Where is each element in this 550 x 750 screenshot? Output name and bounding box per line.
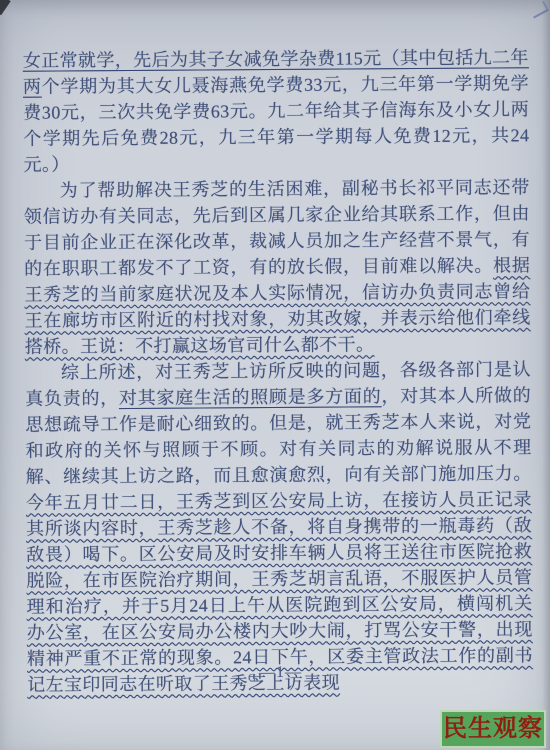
paragraph: 女正常就学，先后为其子女减免学杂费115元（其中包括九二年两个学期为其大女儿聂海… (23, 44, 530, 178)
text-segment: 个学期为其大女儿聂海燕免学费33元，九三年第一学期免学费30元，三次共免学费63… (23, 73, 529, 175)
paragraph: 为了帮助解决王秀芝的生活困难，副秘书长祁平同志还带领信访办有关同志，先后到区属几… (24, 174, 531, 360)
page-number-text: —1— (259, 664, 302, 681)
document-page: 女正常就学，先后为其子女减免学杂费115元（其中包括九二年两个学期为其大女儿聂海… (0, 0, 550, 750)
paragraph: 综上所述，对王秀芝上访所反映的问题，各级各部门是认真负责的，对其家庭生活的照顾是… (25, 356, 533, 698)
scanned-document-photo: 女正常就学，先后为其子女减免学杂费115元（其中包括九二年两个学期为其大女儿聂海… (0, 0, 550, 750)
watermark-text: 民生观察 (443, 717, 543, 741)
scan-corner-blot (0, 0, 11, 15)
text-segment: 对其家庭生活的照顾是多方面的 (119, 386, 382, 408)
page-number: G—1— (250, 664, 302, 682)
photo-edge-shadow (542, 0, 550, 750)
text-segment: 为了帮助解决王秀芝的生活困难，副秘书长祁平同志还带领信访办有关同志，先后到区属几… (24, 177, 530, 279)
document-body-text: 女正常就学，先后为其子女减免学杂费115元（其中包括九二年两个学期为其大女儿聂海… (23, 44, 534, 698)
stray-pen-mark: G (248, 672, 257, 684)
watermark-badge: 民生观察 (440, 710, 546, 748)
